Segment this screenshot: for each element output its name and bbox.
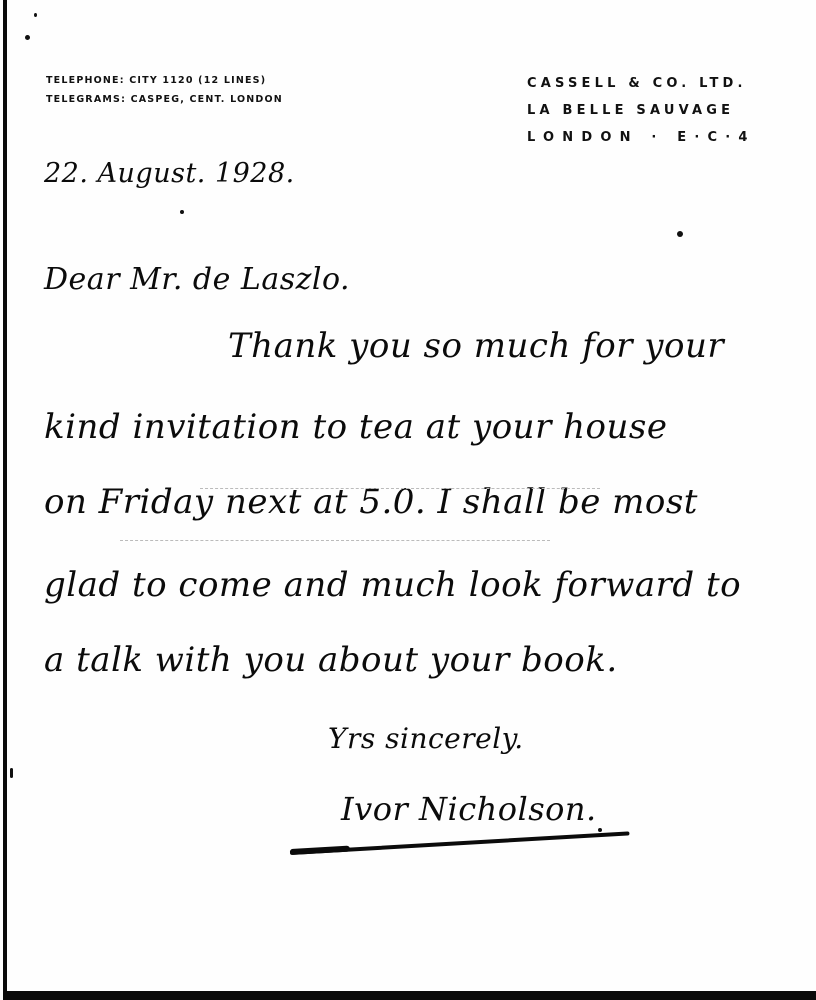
letterhead-telegrams: TELEGRAMS: CASPEG, CENT. LONDON [46, 90, 283, 109]
letter-body-line: Thank you so much for your [228, 326, 724, 366]
scan-speck [598, 828, 602, 832]
scan-border-left [3, 0, 7, 1000]
letter-page: TELEPHONE: CITY 1120 (12 LINES) TELEGRAM… [0, 0, 816, 1000]
letterhead-building: LA BELLE SAUVAGE [527, 97, 756, 124]
letter-salutation: Dear Mr. de Laszlo. [44, 262, 350, 297]
scan-artifact-line [200, 488, 600, 490]
scan-artifact-line [120, 540, 550, 542]
scan-speck [25, 35, 30, 40]
scan-border-bottom [3, 991, 816, 1000]
scan-speck [10, 768, 13, 778]
letter-closing: Yrs sincerely. [328, 722, 524, 755]
signature-underline [290, 831, 630, 855]
letter-signature: Ivor Nicholson. [341, 790, 597, 828]
letter-body-line: kind invitation to tea at your house [44, 407, 667, 447]
letterhead-company: CASSELL & CO. LTD. LA BELLE SAUVAGE LOND… [527, 70, 756, 151]
letterhead-company-name: CASSELL & CO. LTD. [527, 70, 756, 97]
scan-speck [677, 231, 683, 237]
scan-speck [180, 210, 184, 214]
letter-body-line: glad to come and much look forward to [44, 565, 741, 605]
letterhead-address: LONDON · E·C·4 [527, 124, 756, 151]
letterhead-telephone: TELEPHONE: CITY 1120 (12 LINES) [46, 71, 283, 90]
letter-body-line: a talk with you about your book. [44, 640, 618, 680]
letter-date: 22. August. 1928. [44, 158, 295, 189]
letterhead-contact: TELEPHONE: CITY 1120 (12 LINES) TELEGRAM… [46, 71, 283, 109]
scan-speck [34, 13, 37, 17]
